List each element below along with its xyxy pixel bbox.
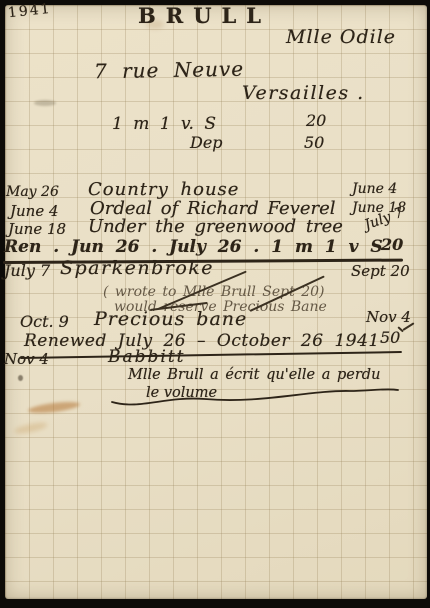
return-date: Sept 20 — [351, 264, 410, 280]
deposit-amount: 50 — [304, 135, 324, 152]
address-line-1: 7 rue Neuve — [94, 59, 244, 83]
renewal-line: Ren . Jun 26 . July 26 . 1 m 1 v S — [4, 239, 383, 257]
member-surname: BRULL — [138, 5, 271, 27]
checkout-date: June 4 — [10, 204, 59, 220]
renewal-amount: 50 — [380, 330, 400, 347]
checkout-date: June 18 — [8, 222, 66, 238]
book-title: Precious bane — [94, 310, 247, 330]
lost-note-line-1: Mlle Brull a écrit qu'elle a perdu — [128, 368, 380, 383]
book-title: Sparkenbroke — [60, 259, 214, 279]
checkout-date: May 26 — [6, 185, 59, 200]
photographed-library-card: 1941 BRULL Mlle Odile 7 rue Neuve Versai… — [0, 0, 430, 608]
address-line-2: Versailles . — [242, 84, 365, 104]
subscription-fee: 20 — [306, 113, 326, 130]
checkout-date: Oct. 9 — [20, 314, 69, 331]
pencil-smudge — [34, 100, 56, 106]
wavy-underline — [110, 384, 400, 410]
return-date: Nov 4 — [366, 310, 411, 326]
renewal-line: Renewed July 26 – October 26 1941 — [24, 333, 380, 351]
renewal-amount: 20 — [381, 237, 403, 254]
pencil-smudge — [18, 375, 23, 381]
member-name: Mlle Odile — [286, 28, 396, 48]
book-title: Under the greenwood tree — [88, 218, 343, 237]
checkout-date: Nov 4 — [4, 352, 49, 368]
book-title: Babbitt — [108, 349, 186, 367]
return-date: June 4 — [352, 182, 397, 197]
deposit-label: Dep — [190, 135, 223, 152]
checkout-date: July 7 — [4, 263, 50, 280]
subscription-terms: 1 m 1 v. S — [112, 116, 216, 134]
